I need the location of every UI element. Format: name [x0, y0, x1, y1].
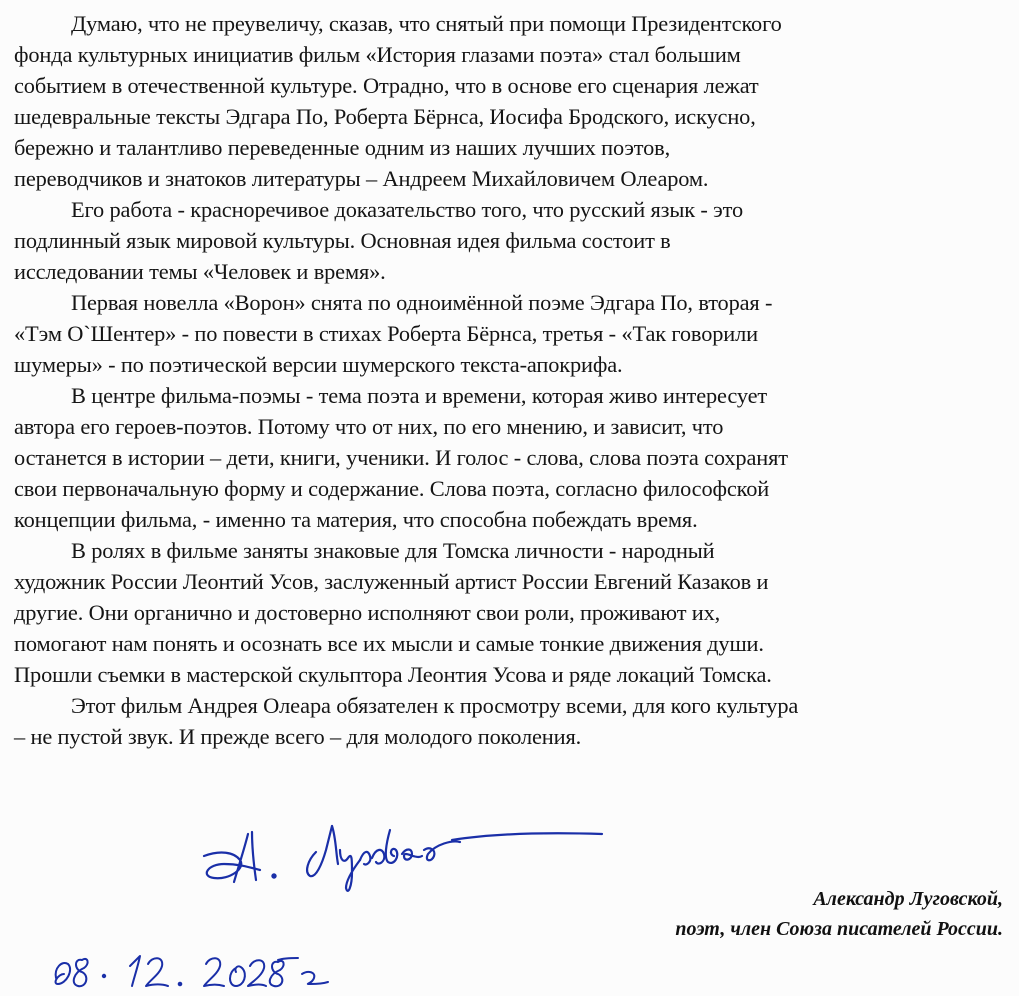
text-line: Первая новелла «Ворон» снята по одноимён… — [14, 287, 1014, 318]
signature-icon — [190, 820, 630, 910]
text-line: Думаю, что не преувеличу, сказав, что сн… — [14, 8, 1014, 39]
text-line: событием в отечественной культуре. Отрад… — [14, 70, 1014, 101]
text-line: – не пустой звук. И прежде всего – для м… — [14, 721, 1014, 752]
scanned-letter-page: Думаю, что не преувеличу, сказав, что сн… — [0, 0, 1019, 996]
author-title: поэт, член Союза писателей России. — [675, 914, 1003, 944]
handwritten-date: 08. 12. 2028г — [52, 944, 352, 996]
text-line: Этот фильм Андрея Олеара обязателен к пр… — [14, 690, 1014, 721]
text-line: Прошли съемки в мастерской скульптора Ле… — [14, 659, 1014, 690]
text-line: Его работа - красноречивое доказательств… — [14, 194, 1014, 225]
author-name: Александр Луговской, — [675, 884, 1003, 914]
text-line: подлинный язык мировой культуры. Основна… — [14, 225, 1014, 256]
text-line: другие. Они органично и достоверно испол… — [14, 597, 1014, 628]
text-line: переводчиков и знатоков литературы – Анд… — [14, 163, 1014, 194]
text-line: «Тэм О`Шентер» - по повести в стихах Роб… — [14, 318, 1014, 349]
text-line: останется в истории – дети, книги, учени… — [14, 442, 1014, 473]
paragraph-5: В ролях в фильме заняты знаковые для Том… — [14, 535, 1014, 690]
text-line: художник России Леонтий Усов, заслуженны… — [14, 566, 1014, 597]
paragraph-2: Его работа - красноречивое доказательств… — [14, 194, 1014, 287]
text-line: В ролях в фильме заняты знаковые для Том… — [14, 535, 1014, 566]
text-line: шумеры» - по поэтической версии шумерско… — [14, 349, 1014, 380]
text-line: автора его героев-поэтов. Потому что от … — [14, 411, 1014, 442]
text-line: концепции фильма, - именно та материя, ч… — [14, 504, 1014, 535]
text-line: фонда культурных инициатив фильм «Истори… — [14, 39, 1014, 70]
handwritten-signature — [190, 820, 630, 910]
text-line: свои первоначальную форму и содержание. … — [14, 473, 1014, 504]
text-line: исследовании темы «Человек и время». — [14, 256, 1014, 287]
text-line: бережно и талантливо переведенные одним … — [14, 132, 1014, 163]
text-line: помогают нам понять и осознать все их мы… — [14, 628, 1014, 659]
text-line: шедевральные тексты Эдгара По, Роберта Б… — [14, 101, 1014, 132]
paragraph-1: Думаю, что не преувеличу, сказав, что сн… — [14, 8, 1014, 194]
paragraph-3: Первая новелла «Ворон» снята по одноимён… — [14, 287, 1014, 380]
paragraph-4: В центре фильма-поэмы - тема поэта и вре… — [14, 380, 1014, 535]
text-line: В центре фильма-поэмы - тема поэта и вре… — [14, 380, 1014, 411]
letter-body: Думаю, что не преувеличу, сказав, что сн… — [14, 8, 1014, 752]
author-attribution: Александр Луговской, поэт, член Союза пи… — [675, 884, 1003, 944]
paragraph-6: Этот фильм Андрея Олеара обязателен к пр… — [14, 690, 1014, 752]
